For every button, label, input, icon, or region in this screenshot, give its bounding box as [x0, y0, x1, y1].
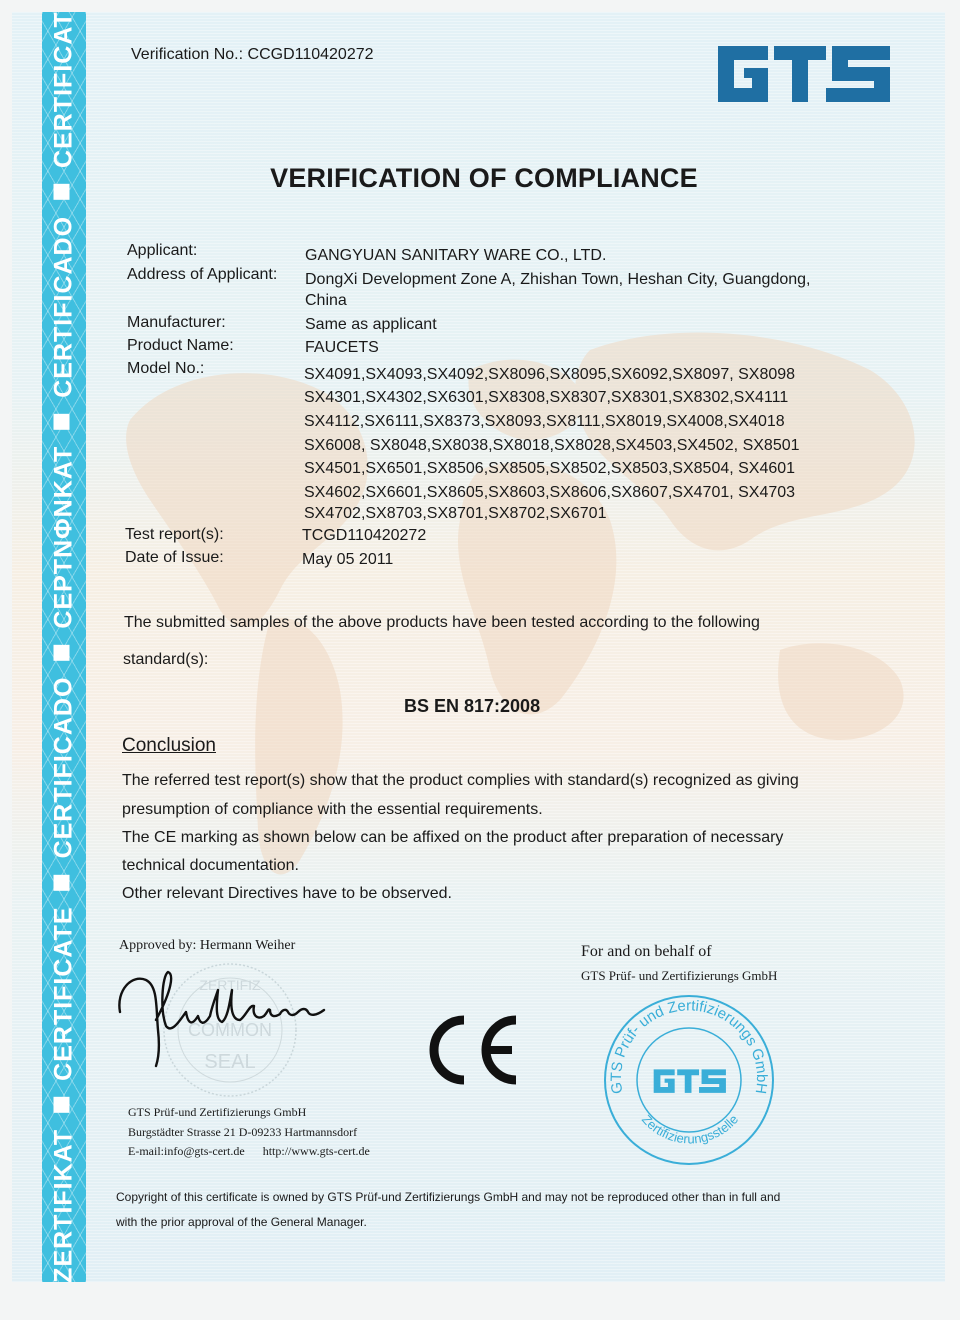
- applicant-value: GANGYUAN SANITARY WARE CO., LTD.: [305, 247, 606, 265]
- product-name-label: Product Name:: [127, 337, 234, 355]
- copyright-line2: with the prior approval of the General M…: [116, 1215, 367, 1229]
- manufacturer-label: Manufacturer:: [127, 314, 226, 332]
- page-title: VERIFICATION OF COMPLIANCE: [0, 163, 960, 194]
- address-value-line2: China: [305, 292, 347, 310]
- square-bullet-icon: [54, 874, 70, 890]
- verification-value: CCGD110420272: [248, 46, 374, 63]
- email-link[interactable]: E-mail:info@gts-cert.de: [128, 1144, 245, 1158]
- copyright-line1: Copyright of this certificate is owned b…: [116, 1190, 780, 1204]
- standard-reference: BS EN 817:2008: [404, 696, 540, 717]
- behalf-line2: GTS Prüf- und Zertifizierungs GmbH: [581, 968, 777, 984]
- band-word: CEPTNΦNKAT: [50, 446, 78, 629]
- band-word: CERTIFICAT: [50, 12, 78, 168]
- conclusion-line: The referred test report(s) show that th…: [122, 772, 799, 790]
- issuer-company: GTS Prüf-und Zertifizierungs GmbH: [128, 1105, 306, 1120]
- date-of-issue-value: May 05 2011: [302, 551, 393, 569]
- statement-line1: The submitted samples of the above produ…: [124, 614, 760, 632]
- conclusion-line: The CE marking as shown below can be aff…: [122, 829, 783, 847]
- model-no-line: SX4602,SX6601,SX8605,SX8603,SX8606,SX860…: [304, 484, 795, 502]
- test-report-value: TCGD110420272: [302, 527, 426, 545]
- product-name-value: FAUCETS: [305, 339, 379, 357]
- side-band-text: ZERTIFIKATCERTIFICATECERTIFICADOCEPTNΦNK…: [50, 12, 79, 1282]
- square-bullet-icon: [54, 645, 70, 661]
- manufacturer-value: Same as applicant: [305, 316, 437, 334]
- ce-mark-icon: [418, 1012, 522, 1088]
- svg-text:Zertifizierungsstelle: Zertifizierungsstelle: [639, 1112, 741, 1147]
- issuer-address: Burgstädter Strasse 21 D-09233 Hartmanns…: [128, 1125, 357, 1140]
- test-report-label: Test report(s):: [125, 526, 224, 544]
- model-no-line: SX6008, SX8048,SX8038,SX8018,SX8028,SX45…: [304, 437, 800, 455]
- verification-number: Verification No.: CCGD110420272: [131, 46, 374, 64]
- band-word: CERTIFICATE: [50, 906, 78, 1080]
- model-no-line: SX4091,SX4093,SX4092,SX8096,SX8095,SX609…: [304, 366, 795, 384]
- date-of-issue-label: Date of Issue:: [125, 549, 224, 567]
- security-side-band: ZERTIFIKATCERTIFICATECERTIFICADOCEPTNΦNK…: [42, 12, 86, 1282]
- applicant-label: Applicant:: [127, 242, 197, 260]
- band-word: CERTIFICADO: [50, 216, 78, 398]
- band-word: CERTIFICADO: [50, 677, 78, 859]
- website-link[interactable]: http://www.gts-cert.de: [263, 1144, 370, 1158]
- conclusion-heading: Conclusion: [122, 735, 216, 757]
- issuer-contact: E-mail:info@gts-cert.de http://www.gts-c…: [128, 1144, 370, 1159]
- address-label: Address of Applicant:: [127, 266, 277, 284]
- certification-stamp-icon: GTS Prüf- und Zertifizierungs GmbH Zerti…: [594, 990, 784, 1165]
- address-value-line1: DongXi Development Zone A, Zhishan Town,…: [305, 271, 810, 289]
- model-no-line: SX4501,SX6501,SX8506,SX8505,SX8502,SX850…: [304, 460, 795, 478]
- square-bullet-icon: [54, 1097, 70, 1113]
- statement-line2: standard(s):: [123, 651, 208, 669]
- model-no-line: SX4301,SX4302,SX6301,SX8308,SX8307,SX830…: [304, 389, 788, 407]
- gts-logo-icon: [714, 38, 894, 108]
- square-bullet-icon: [54, 414, 70, 430]
- conclusion-line: Other relevant Directives have to be obs…: [122, 885, 452, 903]
- band-word: ZERTIFIKAT: [50, 1129, 78, 1282]
- model-no-line: SX4112,SX6111,SX8373,SX8093,SX8111,SX801…: [304, 413, 785, 431]
- signature-icon: [112, 960, 342, 1070]
- model-no-label: Model No.:: [127, 360, 204, 378]
- verification-label: Verification No.:: [131, 46, 243, 63]
- conclusion-line: presumption of compliance with the essen…: [122, 801, 543, 819]
- conclusion-line: technical documentation.: [122, 857, 299, 875]
- behalf-line1: For and on behalf of: [581, 943, 712, 961]
- model-no-line: SX4702,SX8703,SX8701,SX8702,SX6701: [304, 505, 606, 523]
